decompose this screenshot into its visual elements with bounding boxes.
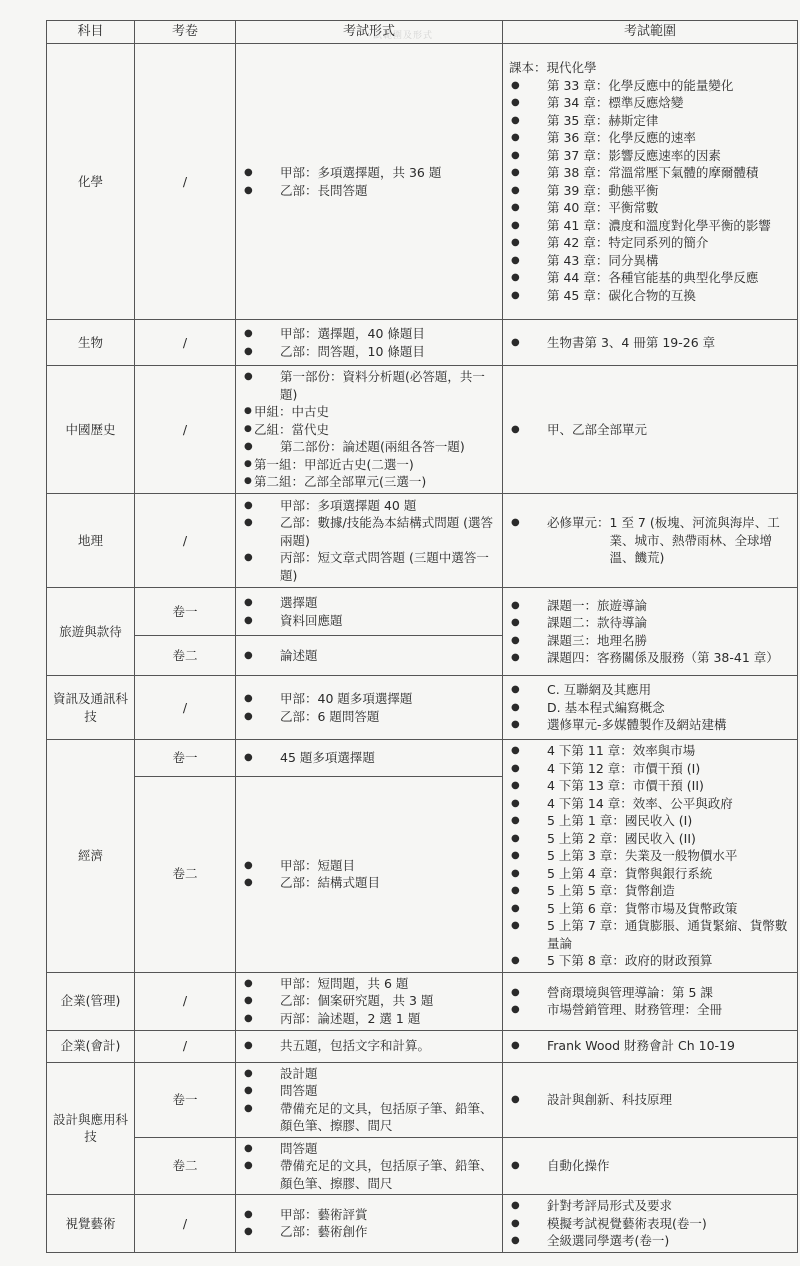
list-item: 乙部：藝術創作 bbox=[242, 1223, 496, 1241]
list-item: 第 33 章：化學反應中的能量變化 bbox=[509, 77, 791, 95]
exam-scope-table: 科目 考卷 考試形式 考試範圍 化學 / 甲部：多項選擇題，共 36 題 乙部：… bbox=[46, 20, 798, 1253]
format-cell: 甲部：選擇題，40 條題目 乙部：問答題，10 條題目 bbox=[236, 320, 503, 366]
list-item: 第 35 章：赫斯定律 bbox=[509, 112, 791, 130]
list-item: 丙部：短文章式問答題 (三題中選答一題) bbox=[242, 549, 496, 584]
table-row-bafs-management: 企業(管理) / 甲部：短問題，共 6 題 乙部：個案研究題，共 3 題 丙部：… bbox=[47, 972, 798, 1030]
table-row-dat-paper1: 設計與應用科技 卷一 設計題 問答題 帶備充足的文具，包括原子筆、鉛筆、顏色筆、… bbox=[47, 1062, 798, 1137]
table-row-visual-arts: 視覺藝術 / 甲部：藝術評賞 乙部：藝術創作 針對考評局形式及要求 模擬考試視覺… bbox=[47, 1195, 798, 1253]
format-cell: 甲部：短問題，共 6 題 乙部：個案研究題，共 3 題 丙部：論述題，2 選 1… bbox=[236, 972, 503, 1030]
paper-cell: / bbox=[135, 44, 236, 320]
list-item: C. 互聯網及其應用 bbox=[509, 681, 791, 699]
list-item: 5 上第 5 章：貨幣創造 bbox=[509, 882, 791, 900]
subject-cell: 設計與應用科技 bbox=[47, 1062, 135, 1195]
list-item: 設計與創新、科技原理 bbox=[509, 1091, 791, 1109]
list-item: 資料回應題 bbox=[242, 612, 496, 630]
list-item: 營商環境與管理導論：第 5 課 bbox=[509, 984, 791, 1002]
scope-cell: 設計與創新、科技原理 bbox=[503, 1062, 798, 1137]
list-item: 模擬考試視覺藝術表現(卷一) bbox=[509, 1215, 791, 1233]
list-item: 4 下第 11 章：效率與市場 bbox=[509, 742, 791, 760]
list-item: 5 上第 4 章：貨幣與銀行系統 bbox=[509, 865, 791, 883]
table-row-ict: 資訊及通訊科技 / 甲部：40 題多項選擇題 乙部：6 題問答題 C. 互聯網及… bbox=[47, 676, 798, 740]
subject-cell: 化學 bbox=[47, 44, 135, 320]
scope-cell: 針對考評局形式及要求 模擬考試視覺藝術表現(卷一) 全級選同學選考(卷一) bbox=[503, 1195, 798, 1253]
list-item: 4 下第 13 章：市價干預 (II) bbox=[509, 777, 791, 795]
scope-cell: 課本：現代化學 第 33 章：化學反應中的能量變化 第 34 章：標準反應焓變 … bbox=[503, 44, 798, 320]
scope-cell: 自動化操作 bbox=[503, 1137, 798, 1195]
header-format: 考試形式 bbox=[236, 21, 503, 44]
list-item: 論述題 bbox=[242, 647, 496, 665]
part1-text: 第一部份：資料分析題(必答題，共一題) bbox=[280, 369, 485, 402]
subject-cell: 視覺藝術 bbox=[47, 1195, 135, 1253]
list-item: 4 下第 12 章：市價干預 (I) bbox=[509, 760, 791, 778]
list-item: 甲部：選擇題，40 條題目 bbox=[242, 325, 496, 343]
list-item: 課題二：款待導論 bbox=[509, 614, 791, 632]
list-item: 乙部：結構式題目 bbox=[242, 874, 496, 892]
list-item: 第 34 章：標準反應焓變 bbox=[509, 94, 791, 112]
list-item: 第 42 章：特定同系列的簡介 bbox=[509, 234, 791, 252]
scope-cell: 4 下第 11 章：效率與市場 4 下第 12 章：市價干預 (I) 4 下第 … bbox=[503, 740, 798, 973]
list-item: 5 上第 6 章：貨幣市場及貨幣政策 bbox=[509, 900, 791, 918]
table-row-dat-paper2: 卷二 問答題 帶備充足的文具，包括原子筆、鉛筆、顏色筆、擦膠、間尺 自動化操作 bbox=[47, 1137, 798, 1195]
format-cell: 論述題 bbox=[236, 636, 503, 676]
list-item: 第 36 章：化學反應的速率 bbox=[509, 129, 791, 147]
list-item: 甲部：藝術評賞 bbox=[242, 1206, 496, 1224]
list-item: 丙部：論述題，2 選 1 題 bbox=[242, 1010, 496, 1028]
list-item: 自動化操作 bbox=[509, 1157, 791, 1175]
list-item: 乙部：問答題，10 條題目 bbox=[242, 343, 496, 361]
list-item: 課題一：旅遊導論 bbox=[509, 597, 791, 615]
scope-cell: 必修單元： 1 至 7 (板塊、河流與海岸、工業、城市、熱帶雨林、全球增溫、饑荒… bbox=[503, 494, 798, 588]
list-item: 生物書第 3、4 冊第 19-26 章 bbox=[509, 334, 791, 352]
list-item: 帶備充足的文具，包括原子筆、鉛筆、顏色筆、擦膠、間尺 bbox=[242, 1100, 496, 1135]
list-item: 課題三：地理名勝 bbox=[509, 632, 791, 650]
table-row-biology: 生物 / 甲部：選擇題，40 條題目 乙部：問答題，10 條題目 生物書第 3、… bbox=[47, 320, 798, 366]
list-item: 必修單元： 1 至 7 (板塊、河流與海岸、工業、城市、熱帶雨林、全球增溫、饑荒… bbox=[509, 514, 791, 567]
list-item: 4 下第 14 章：效率、公平與政府 bbox=[509, 795, 791, 813]
format-cell: 甲部：短題目 乙部：結構式題目 bbox=[236, 776, 503, 972]
format-cell: 問答題 帶備充足的文具，包括原子筆、鉛筆、顏色筆、擦膠、間尺 bbox=[236, 1137, 503, 1195]
format-cell: 第一部份：資料分析題(必答題，共一題) 甲組：中古史 乙組：當代史 第二部份：論… bbox=[236, 366, 503, 494]
table-row-chemistry: 化學 / 甲部：多項選擇題，共 36 題 乙部：長問答題 課本：現代化學 第 3… bbox=[47, 44, 798, 320]
list-item: 第 43 章：同分異構 bbox=[509, 252, 791, 270]
paper-cell: / bbox=[135, 972, 236, 1030]
format-cell: 甲部：多項選擇題 40 題 乙部：數據/技能為本結構式問題 (選答兩題) 丙部：… bbox=[236, 494, 503, 588]
list-item: 甲、乙部全部單元 bbox=[509, 421, 791, 439]
list-item: 針對考評局形式及要求 bbox=[509, 1197, 791, 1215]
table-row-bafs-accounting: 企業(會計) / 共五題，包括文字和計算。 Frank Wood 財務會計 Ch… bbox=[47, 1030, 798, 1062]
header-subject: 科目 bbox=[47, 21, 135, 44]
list-item: 第 38 章：常溫常壓下氣體的摩爾體積 bbox=[509, 164, 791, 182]
list-item: 全級選同學選考(卷一) bbox=[509, 1232, 791, 1250]
header-scope: 考試範圍 bbox=[503, 21, 798, 44]
list-item: 問答題 bbox=[242, 1082, 496, 1100]
scope-intro: 課本：現代化學 bbox=[509, 59, 791, 77]
sub-item: 乙組：當代史 bbox=[242, 421, 496, 439]
format-cell: 45 題多項選擇題 bbox=[236, 740, 503, 777]
list-item: 45 題多項選擇題 bbox=[242, 749, 496, 767]
subject-cell: 旅遊與款待 bbox=[47, 588, 135, 676]
paper-cell: / bbox=[135, 1030, 236, 1062]
paper-cell: / bbox=[135, 366, 236, 494]
list-item: 共五題，包括文字和計算。 bbox=[242, 1037, 496, 1055]
list-item: 選修單元-多媒體製作及網站建構 bbox=[509, 716, 791, 734]
subject-cell: 企業(會計) bbox=[47, 1030, 135, 1062]
list-item: 課題四：客務關係及服務（第 38-41 章） bbox=[509, 649, 791, 667]
list-item: 第 37 章：影響反應速率的因素 bbox=[509, 147, 791, 165]
list-item: 第 44 章：各種官能基的典型化學反應 bbox=[509, 269, 791, 287]
subject-cell: 中國歷史 bbox=[47, 366, 135, 494]
table-row-geography: 地理 / 甲部：多項選擇題 40 題 乙部：數據/技能為本結構式問題 (選答兩題… bbox=[47, 494, 798, 588]
subject-cell: 經濟 bbox=[47, 740, 135, 973]
list-item: D. 基本程式編寫概念 bbox=[509, 699, 791, 717]
sub-item: 第一組：甲部近古史(二選一) bbox=[242, 456, 496, 474]
list-item: 第一部份：資料分析題(必答題，共一題) bbox=[242, 368, 496, 403]
scope-text: 1 至 7 (板塊、河流與海岸、工業、城市、熱帶雨林、全球增溫、饑荒) bbox=[610, 514, 791, 567]
paper-cell: 卷一 bbox=[135, 740, 236, 777]
table-row-chinese-history: 中國歷史 / 第一部份：資料分析題(必答題，共一題) 甲組：中古史 乙組：當代史… bbox=[47, 366, 798, 494]
list-item: 市場營銷管理、財務管理：全冊 bbox=[509, 1001, 791, 1019]
list-item: 設計題 bbox=[242, 1065, 496, 1083]
list-item: 乙部：數據/技能為本結構式問題 (選答兩題) bbox=[242, 514, 496, 549]
subject-cell: 生物 bbox=[47, 320, 135, 366]
scope-label: 必修單元： bbox=[547, 514, 610, 567]
list-item: 帶備充足的文具，包括原子筆、鉛筆、顏色筆、擦膠、間尺 bbox=[242, 1157, 496, 1192]
list-item: 第 45 章：碳化合物的互換 bbox=[509, 287, 791, 305]
list-item: 5 上第 2 章：國民收入 (II) bbox=[509, 830, 791, 848]
scope-cell: C. 互聯網及其應用 D. 基本程式編寫概念 選修單元-多媒體製作及網站建構 bbox=[503, 676, 798, 740]
subject-cell: 地理 bbox=[47, 494, 135, 588]
list-item: 乙部：個案研究題，共 3 題 bbox=[242, 992, 496, 1010]
paper-cell: 卷二 bbox=[135, 776, 236, 972]
format-cell: 選擇題 資料回應題 bbox=[236, 588, 503, 636]
paper-cell: 卷二 bbox=[135, 1137, 236, 1195]
list-item: 乙部：6 題問答題 bbox=[242, 708, 496, 726]
list-item: 5 下第 8 章：政府的財政預算 bbox=[509, 952, 791, 970]
paper-cell: 卷二 bbox=[135, 636, 236, 676]
list-item: 第 40 章：平衡常數 bbox=[509, 199, 791, 217]
scope-cell: 甲、乙部全部單元 bbox=[503, 366, 798, 494]
list-item: Frank Wood 財務會計 Ch 10-19 bbox=[509, 1037, 791, 1055]
list-item: 甲部：40 題多項選擇題 bbox=[242, 690, 496, 708]
list-item: 選擇題 bbox=[242, 594, 496, 612]
sub-item: 第二組：乙部全部單元(三選一) bbox=[242, 473, 496, 491]
subject-cell: 資訊及通訊科技 bbox=[47, 676, 135, 740]
paper-cell: 卷一 bbox=[135, 588, 236, 636]
scope-cell: Frank Wood 財務會計 Ch 10-19 bbox=[503, 1030, 798, 1062]
list-item: 5 上第 3 章：失業及一般物價水平 bbox=[509, 847, 791, 865]
list-item: 第 41 章：濃度和溫度對化學平衡的影響 bbox=[509, 217, 791, 235]
list-item: 5 上第 7 章：通貨膨脹、通貨緊縮、貨幣數量論 bbox=[509, 917, 791, 952]
list-item: 第二部份：論述題(兩組各答一題) bbox=[242, 438, 496, 456]
list-item: 乙部：長問答題 bbox=[242, 182, 496, 200]
list-item: 問答題 bbox=[242, 1140, 496, 1158]
format-cell: 甲部：多項選擇題，共 36 題 乙部：長問答題 bbox=[236, 44, 503, 320]
list-item: 甲部：短題目 bbox=[242, 857, 496, 875]
paper-cell: / bbox=[135, 494, 236, 588]
paper-cell: / bbox=[135, 676, 236, 740]
list-item: 甲部：多項選擇題 40 題 bbox=[242, 497, 496, 515]
scope-cell: 生物書第 3、4 冊第 19-26 章 bbox=[503, 320, 798, 366]
format-cell: 設計題 問答題 帶備充足的文具，包括原子筆、鉛筆、顏色筆、擦膠、間尺 bbox=[236, 1062, 503, 1137]
list-item: 甲部：短問題，共 6 題 bbox=[242, 975, 496, 993]
list-item: 甲部：多項選擇題，共 36 題 bbox=[242, 164, 496, 182]
sub-item: 甲組：中古史 bbox=[242, 403, 496, 421]
format-cell: 甲部：藝術評賞 乙部：藝術創作 bbox=[236, 1195, 503, 1253]
header-paper: 考卷 bbox=[135, 21, 236, 44]
list-item: 5 上第 1 章：國民收入 (I) bbox=[509, 812, 791, 830]
scope-cell: 營商環境與管理導論：第 5 課 市場營銷管理、財務管理：全冊 bbox=[503, 972, 798, 1030]
paper-cell: 卷一 bbox=[135, 1062, 236, 1137]
paper-cell: / bbox=[135, 1195, 236, 1253]
paper-cell: / bbox=[135, 320, 236, 366]
subject-cell: 企業(管理) bbox=[47, 972, 135, 1030]
header-row: 科目 考卷 考試形式 考試範圍 bbox=[47, 21, 798, 44]
scope-cell: 課題一：旅遊導論 課題二：款待導論 課題三：地理名勝 課題四：客務關係及服務（第… bbox=[503, 588, 798, 676]
list-item: 第 39 章：動態平衡 bbox=[509, 182, 791, 200]
format-cell: 共五題，包括文字和計算。 bbox=[236, 1030, 503, 1062]
table-row-tourism-paper1: 旅遊與款待 卷一 選擇題 資料回應題 課題一：旅遊導論 課題二：款待導論 課題三… bbox=[47, 588, 798, 636]
format-cell: 甲部：40 題多項選擇題 乙部：6 題問答題 bbox=[236, 676, 503, 740]
table-row-economics-paper1: 經濟 卷一 45 題多項選擇題 4 下第 11 章：效率與市場 4 下第 12 … bbox=[47, 740, 798, 777]
